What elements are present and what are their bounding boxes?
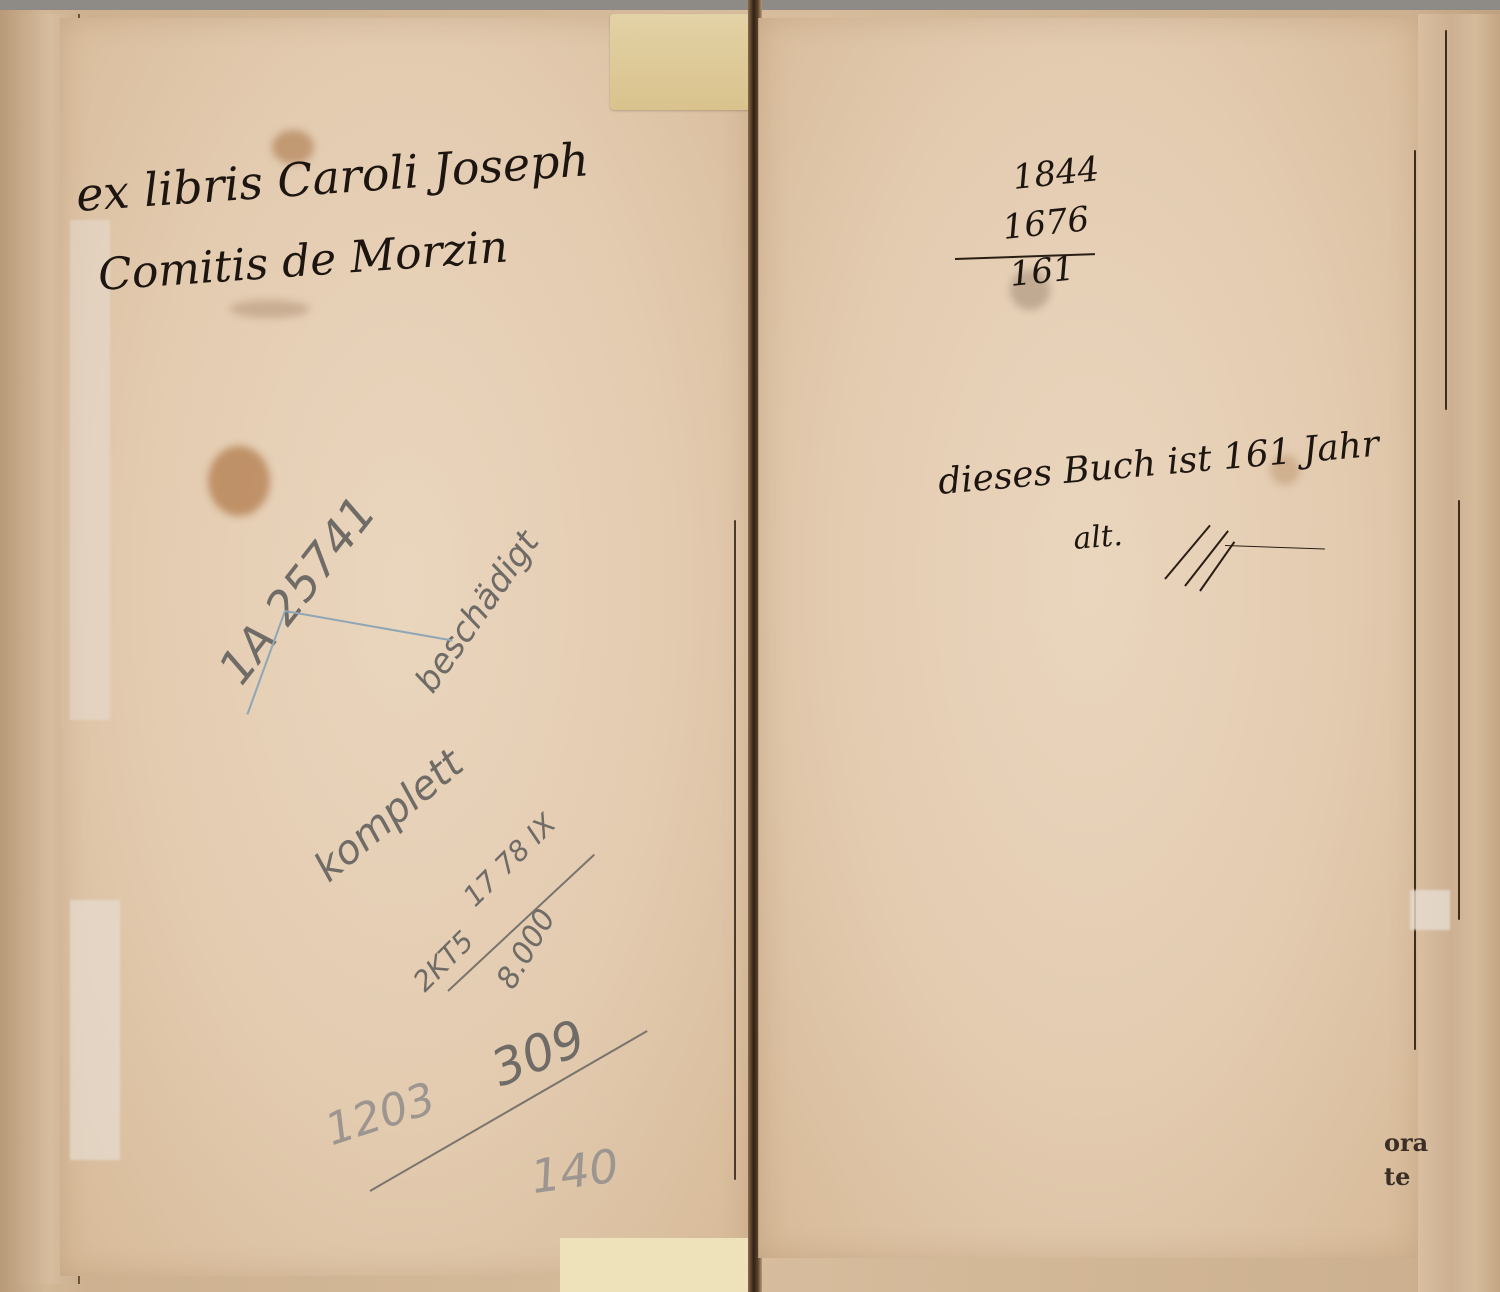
book-scan: ex libris Caroli Joseph Comitis de Morzi… bbox=[0, 0, 1500, 1292]
age-note-line-2: alt. bbox=[1072, 518, 1124, 557]
page-edge-crease bbox=[1458, 500, 1460, 920]
right-endpaper bbox=[758, 18, 1419, 1258]
printed-fragment-line-2: te bbox=[1384, 1162, 1410, 1191]
repair-tape-top bbox=[610, 14, 750, 110]
calc-result: 161 bbox=[1008, 248, 1077, 295]
binding-thread bbox=[734, 520, 736, 1180]
page-edge-crease bbox=[1445, 30, 1447, 410]
repair-tape-bottom bbox=[560, 1238, 750, 1292]
torn-paper-area bbox=[70, 900, 120, 1160]
torn-paper-area bbox=[1410, 890, 1450, 930]
printed-fragment-line-1: ora bbox=[1384, 1128, 1428, 1157]
water-stain bbox=[208, 446, 270, 516]
ink-smudge bbox=[230, 300, 310, 318]
